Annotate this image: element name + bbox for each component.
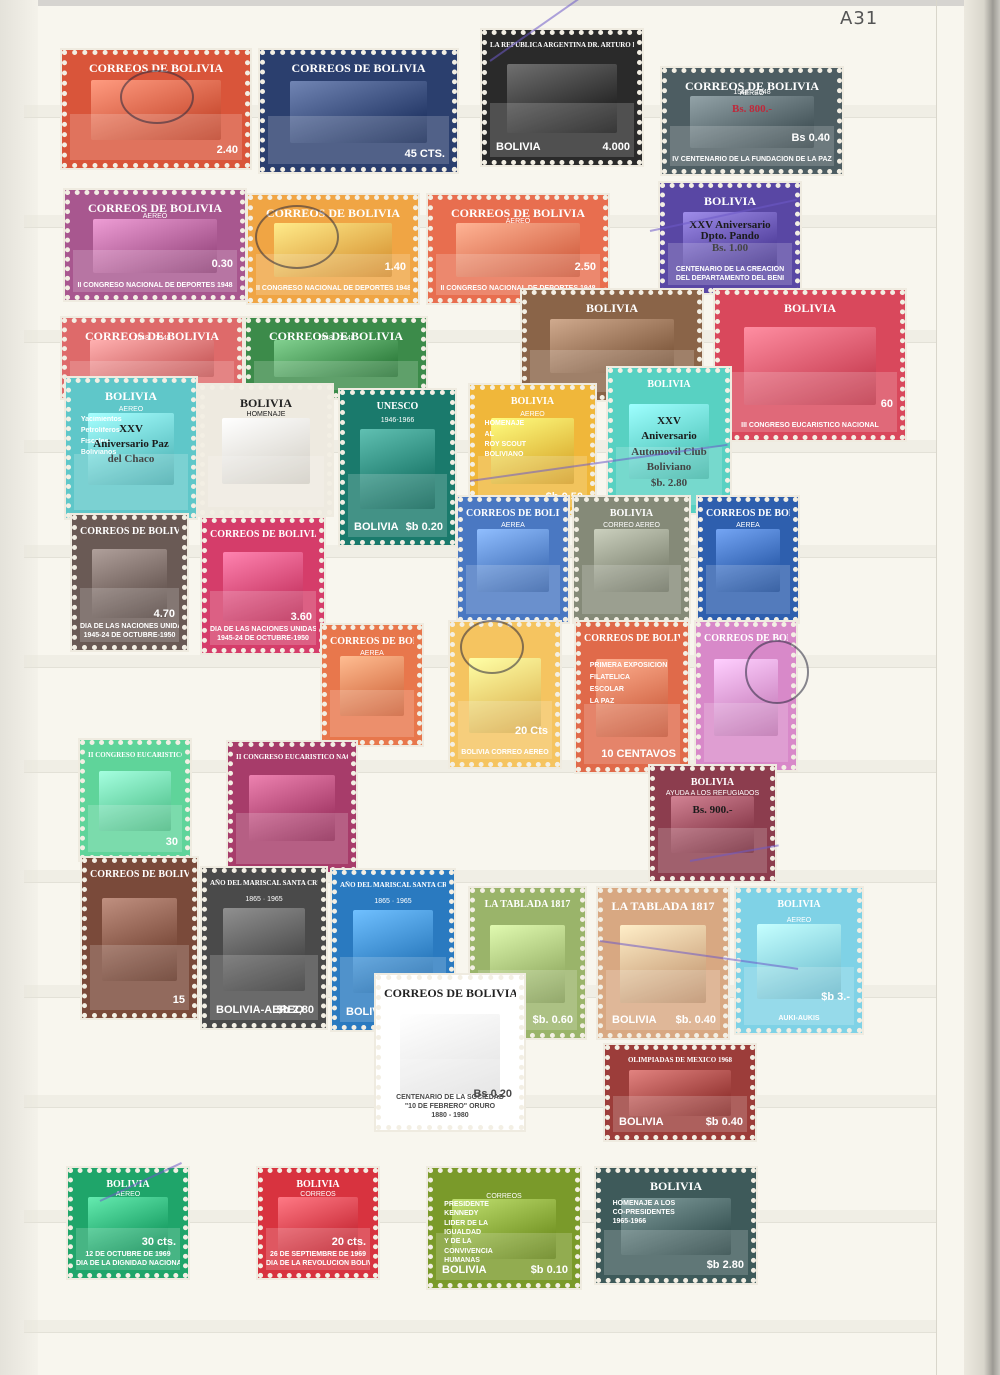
stamp-design: BOLIVIAAYUDA A LOS REFUGIADOSBs. 900.-: [658, 774, 767, 873]
stamp[interactable]: CORREOS DE BOLIVIADIA DE LAS NACIONES UN…: [72, 515, 187, 650]
stamp-title: LA TABLADA 1817: [478, 899, 577, 910]
stamp-overprint: Aniversario Paz: [74, 438, 188, 450]
stamp[interactable]: LA TABLADA 1817BOLIVIA$b. 0.40: [598, 888, 728, 1038]
stamp-overprint: Bs. 800.-: [670, 103, 834, 115]
scan-glare: [266, 1228, 370, 1270]
scan-glare: [74, 454, 188, 510]
postmark-cancel: [745, 640, 809, 704]
stamp-subtitle: AEREO: [73, 213, 237, 220]
stamp-design: CORREOS DE BOLIVIAAEREOII CONGRESO NACIO…: [436, 203, 600, 295]
scan-glare: [668, 243, 792, 285]
stamp-years: 1946-1966: [348, 417, 447, 424]
stamp[interactable]: CORREOS DE BOLIVIADIA DE LAS NACIONES UN…: [202, 518, 324, 653]
scan-glare: [210, 591, 316, 645]
stamp-title: AÑO DEL MARISCAL SANTA CRUZ: [210, 879, 318, 887]
stockbook-strip: [24, 1320, 936, 1332]
stamp[interactable]: UNESCOBOLIVIA$b 0.201946-1966: [340, 390, 455, 545]
scan-glare: [73, 250, 237, 292]
stamp-text-line: FILATELICA: [590, 674, 680, 681]
scan-glare: [210, 955, 318, 1020]
stamp-years: 1548 · 1948: [670, 89, 834, 96]
stamp-subtitle: AEREO: [436, 218, 600, 225]
scan-glare: [604, 1230, 748, 1275]
stamp-text-line: HOMENAJE A LOS: [613, 1200, 748, 1207]
stamp[interactable]: CORREOS DE BOLIVIA15: [82, 858, 197, 1018]
scan-glare: [584, 704, 680, 764]
stamp-overprint: XXV: [616, 415, 722, 427]
stamp-title: II CONGRESO EUCARISTICO NACIONAL: [236, 753, 348, 761]
stamp-subtitle: CORREO AEREO: [582, 522, 681, 529]
stamp-subtitle: AEREO: [744, 917, 854, 924]
stamp-subtitle: AEREA: [706, 522, 790, 529]
stamp-design: CORREOS DE BOLIVIAAEREA: [466, 505, 560, 614]
stamp[interactable]: BOLIVIAAEREO12 DE OCTUBRE DE 1969DIA DE …: [68, 1168, 188, 1278]
stamp-title: CORREOS DE BOLIVIA: [466, 508, 560, 519]
stamp-years: 1865 · 1965: [340, 898, 446, 905]
stamp-title: CORREOS DE BOLIVIA: [330, 636, 414, 647]
stamp-design: CORREOS DE BOLIVIACENTENARIO DE LA SOCIE…: [384, 983, 516, 1122]
scan-glare: [90, 945, 189, 1010]
stamp-design: CORREOS DE BOLIVIA45 CTS.: [268, 58, 449, 164]
scan-glare: [88, 805, 182, 852]
stamp-text-line: AL: [485, 431, 587, 438]
stamp-design: BOLIVIAAEREOHOMENAJEALROY SCOUTBOLIVIANO…: [478, 393, 587, 507]
scan-glare: [80, 588, 179, 642]
stamp-title: OLIMPIADAS DE MEXICO 1968: [613, 1056, 747, 1064]
stamp-text-line: 1965-1966: [613, 1218, 748, 1225]
stamp[interactable]: BOLIVIAHOMENAJE A LOSCO-PRESIDENTES1965-…: [596, 1168, 756, 1283]
stamp-title: CORREOS DE BOLIVIA: [90, 869, 189, 880]
stamp-design: CORREOS DE BOLIVIA1548 · 1948: [254, 326, 418, 390]
stamp-design: BOLIVIACORREOS26 DE SEPTIEMBRE DE 1969DI…: [266, 1176, 370, 1270]
stamp-design: BOLIVIAHOMENAJE A LOSCO-PRESIDENTES1965-…: [604, 1176, 748, 1275]
stamp[interactable]: CORREOS DE BOLIVIAAEREA: [322, 625, 422, 745]
album-binding: [964, 0, 1000, 1375]
stamp-design: CORREOS DE BOLIVIA15: [90, 866, 189, 1010]
scan-glare: [208, 456, 324, 507]
stamp-subtitle: CORREOS: [266, 1191, 370, 1198]
stamp[interactable]: BOLIVIAHOMENAJE: [200, 385, 332, 515]
stamp-title: BOLIVIA: [744, 899, 854, 910]
stamp[interactable]: BOLIVIACORREOS26 DE SEPTIEMBRE DE 1969DI…: [258, 1168, 378, 1278]
stamp[interactable]: CORREOSPRESIDENTEKENNEDYLIDER DE LAIGUAL…: [428, 1168, 580, 1288]
stamp-design: II CONGRESO EUCARISTICO NACIONAL: [236, 750, 348, 864]
stamp-title: CORREOS DE BOLIVIA: [268, 61, 449, 76]
stamp-subtitle: AEREA: [330, 650, 414, 657]
stamp-title: BOLIVIA: [266, 1179, 370, 1190]
scan-glare: [704, 703, 788, 762]
margin-line: [936, 0, 937, 1375]
stamp-overprint: Aniversario: [616, 430, 722, 442]
scan-glare: [436, 1233, 572, 1280]
scan-glare: [76, 1228, 180, 1270]
stamp-design: OLIMPIADAS DE MEXICO 1968BOLIVIA$b 0.40: [613, 1053, 747, 1132]
page-label: A31: [840, 8, 878, 29]
stamp-text-line: PRESIDENTE: [444, 1201, 572, 1208]
stamp-design: BOLIVIAHOMENAJE: [208, 393, 324, 507]
scan-glare: [458, 701, 552, 759]
scan-glare: [436, 254, 600, 295]
stamp[interactable]: BOLIVIAAEREOAUKI-AUKIS$b 3.-: [736, 888, 862, 1033]
stamp-overprint: XXV Aniversario: [668, 219, 792, 231]
scan-glare: [723, 372, 897, 432]
scan-glare: [582, 565, 681, 614]
stamp[interactable]: OLIMPIADAS DE MEXICO 1968BOLIVIA$b 0.40: [605, 1045, 755, 1140]
stamp-title: BOLIVIA: [658, 777, 767, 788]
stamp-design: UNESCOBOLIVIA$b 0.201946-1966: [348, 398, 447, 537]
stamp-title: CORREOS DE BOLIVIA: [584, 633, 680, 644]
stamp[interactable]: BOLIVIAXXV AniversarioDpto. PandoBs. 1.0…: [660, 183, 800, 293]
stamp-subtitle: AEREA: [466, 522, 560, 529]
stamp-years: 1865 · 1965: [210, 896, 318, 903]
stamp-design: CORREOS DE BOLIVIAPRIMERA EXPOSICIONFILA…: [584, 630, 680, 764]
stamp-text-line: CO-PRESIDENTES: [613, 1209, 748, 1216]
scan-glare: [384, 1059, 516, 1122]
stamp-title: BOLIVIA: [74, 389, 188, 404]
scan-glare: [706, 565, 790, 614]
stamp-design: CORREOS DE BOLIVIADIA DE LAS NACIONES UN…: [210, 526, 316, 645]
stamp-title: CORREOS DE BOLIVIA: [210, 529, 316, 540]
stamp[interactable]: CORREOS DE BOLIVIA45 CTS.: [260, 50, 457, 172]
stamp-text-line: LIDER DE LA: [444, 1220, 572, 1227]
scan-glare: [490, 103, 634, 157]
stamp-title: AÑO DEL MARISCAL SANTA CRUZ: [340, 881, 446, 889]
stamp-text-line: ROY SCOUT: [485, 441, 587, 448]
stamp-overprint: XXV: [74, 423, 188, 435]
stamp-subtitle: AEREO: [76, 1191, 180, 1198]
stamp-text-line: ESCOLAR: [590, 686, 680, 693]
stamp-title: CORREOS DE BOLIVIA: [80, 526, 179, 537]
stamp[interactable]: CORREOS DE BOLIVIAPRIMERA EXPOSICIONFILA…: [576, 622, 688, 772]
stamp-design: BOLIVIAAEREO12 DE OCTUBRE DE 1969DIA DE …: [76, 1176, 180, 1270]
scan-glare: [330, 690, 414, 737]
stamp-title: BOLIVIA: [616, 379, 722, 390]
stamp-subtitle: AYUDA A LOS REFUGIADOS: [658, 790, 767, 797]
stamp-subtitle: HOMENAJE: [208, 411, 324, 418]
scan-glare: [606, 970, 720, 1030]
stamp[interactable]: BOLIVIAAEREOYacimientosPetroliferosFisca…: [66, 378, 196, 518]
stamp-design: BOLIVIAAEREOYacimientosPetroliferosFisca…: [74, 386, 188, 510]
page-left-edge: [0, 0, 38, 1375]
stamp-title: BOLIVIA: [604, 1179, 748, 1194]
scan-glare: [613, 1096, 747, 1132]
strip-line: [24, 1332, 936, 1333]
stamp-text-line: Yacimientos: [81, 416, 188, 423]
stamp-title: BOLIVIA: [208, 396, 324, 411]
album-page: A31 CORREOS DE BOLIVIA2.40CORREOS DE BOL…: [0, 0, 1000, 1375]
scan-glare: [744, 967, 854, 1025]
stamp[interactable]: CORREOS DE BOLIVIAAEREA: [458, 497, 568, 622]
stamp-subtitle: CORREOS: [436, 1193, 572, 1200]
stamp-design: LA REPUBLICA ARGENTINA DR. ARTURO FRONDI…: [490, 38, 634, 157]
stamp-design: II CONGRESO EUCARISTICO NACIONAL30: [88, 748, 182, 852]
scan-glare: [348, 474, 447, 537]
stamp-text-line: HOMENAJE: [485, 420, 587, 427]
stamp[interactable]: BOLIVIACORREO AEREO: [574, 497, 689, 622]
scan-glare: [466, 565, 560, 614]
page-top-edge: [0, 0, 1000, 6]
stamp-text-line: KENNEDY: [444, 1210, 572, 1217]
stamp-design: LA TABLADA 1817BOLIVIA$b. 0.40: [606, 896, 720, 1030]
stamp-title: BOLIVIA: [478, 396, 587, 407]
postmark-cancel: [255, 205, 339, 269]
stamp-design: CORREOS DE BOLIVIAAEREOBs. 800.-IV CENTE…: [670, 76, 834, 166]
stamp[interactable]: CORREOS DE BOLIVIAAEREOII CONGRESO NACIO…: [65, 190, 245, 300]
stamp[interactable]: II CONGRESO EUCARISTICO NACIONAL30: [80, 740, 190, 860]
stamp-design: AÑO DEL MARISCAL SANTA CRUZBOLIVIA-AEREO…: [210, 876, 318, 1020]
scan-glare: [670, 126, 834, 167]
stamp-years: 1548 · 1948: [254, 335, 418, 342]
stamp-design: CORREOS DE BOLIVIAAEREA: [706, 505, 790, 614]
stamp-text-line: PRIMERA EXPOSICION: [590, 662, 680, 669]
stamp-title: LA TABLADA 1817: [606, 899, 720, 914]
stamp-title: CORREOS DE BOLIVIA: [384, 986, 516, 1001]
stamp-design: BOLIVIAAEREOAUKI-AUKIS$b 3.-: [744, 896, 854, 1025]
stamp-overprint: Bs. 900.-: [658, 804, 767, 816]
stamp-design: BOLIVIAXXVAniversarioAutomovil ClubBoliv…: [616, 376, 722, 505]
stamp-subtitle: AEREO: [478, 411, 587, 418]
stamp-design: BOLIVIACORREO AEREO: [582, 505, 681, 614]
scan-glare: [236, 813, 348, 864]
postmark-cancel: [120, 70, 194, 124]
stamp-design: CORREOSPRESIDENTEKENNEDYLIDER DE LAIGUAL…: [436, 1176, 572, 1280]
stamp[interactable]: CORREOS DE BOLIVIAAEREA: [698, 497, 798, 622]
stamp-design: BOLIVIAIII CONGRESO EUCARISTICO NACIONAL…: [723, 298, 897, 432]
stamp-title: UNESCO: [348, 401, 447, 412]
stamp-design: CORREOS DE BOLIVIAAEREOII CONGRESO NACIO…: [73, 198, 237, 292]
stamp-overprint: Dpto. Pando: [668, 230, 792, 242]
stamp-title: II CONGRESO EUCARISTICO NACIONAL: [88, 751, 182, 759]
stamp[interactable]: CORREOS DE BOLIVIAAEREOBs. 800.-IV CENTE…: [662, 68, 842, 174]
scan-glare: [268, 116, 449, 164]
stamp[interactable]: BOLIVIAAYUDA A LOS REFUGIADOSBs. 900.-: [650, 766, 775, 881]
postmark-cancel: [460, 620, 524, 674]
stamp[interactable]: CORREOS DE BOLIVIAAEREOII CONGRESO NACIO…: [428, 195, 608, 303]
stamp-design: CORREOS DE BOLIVIADIA DE LAS NACIONES UN…: [80, 523, 179, 642]
stamp-design: CORREOS DE BOLIVIAAEREA: [330, 633, 414, 737]
stamp[interactable]: BOLIVIAXXVAniversarioAutomovil ClubBoliv…: [608, 368, 730, 513]
stamp[interactable]: CORREOS DE BOLIVIACENTENARIO DE LA SOCIE…: [376, 975, 524, 1130]
stamp-title: BOLIVIA: [530, 301, 694, 316]
stamp-title: CORREOS DE BOLIVIA: [706, 508, 790, 519]
stamp[interactable]: BOLIVIAIII CONGRESO EUCARISTICO NACIONAL…: [715, 290, 905, 440]
stamp-title: BOLIVIA: [668, 194, 792, 209]
stamp-years: 1548 · 1948: [70, 335, 234, 342]
stamp-subtitle: AEREO: [74, 406, 188, 413]
stamp-title: BOLIVIA: [582, 508, 681, 519]
stamp[interactable]: BOLIVIAAEREOHOMENAJEALROY SCOUTBOLIVIANO…: [470, 385, 595, 515]
stamp-title: BOLIVIA: [723, 301, 897, 316]
stamp[interactable]: II CONGRESO EUCARISTICO NACIONAL: [228, 742, 356, 872]
stamp[interactable]: AÑO DEL MARISCAL SANTA CRUZBOLIVIA-AEREO…: [202, 868, 326, 1028]
